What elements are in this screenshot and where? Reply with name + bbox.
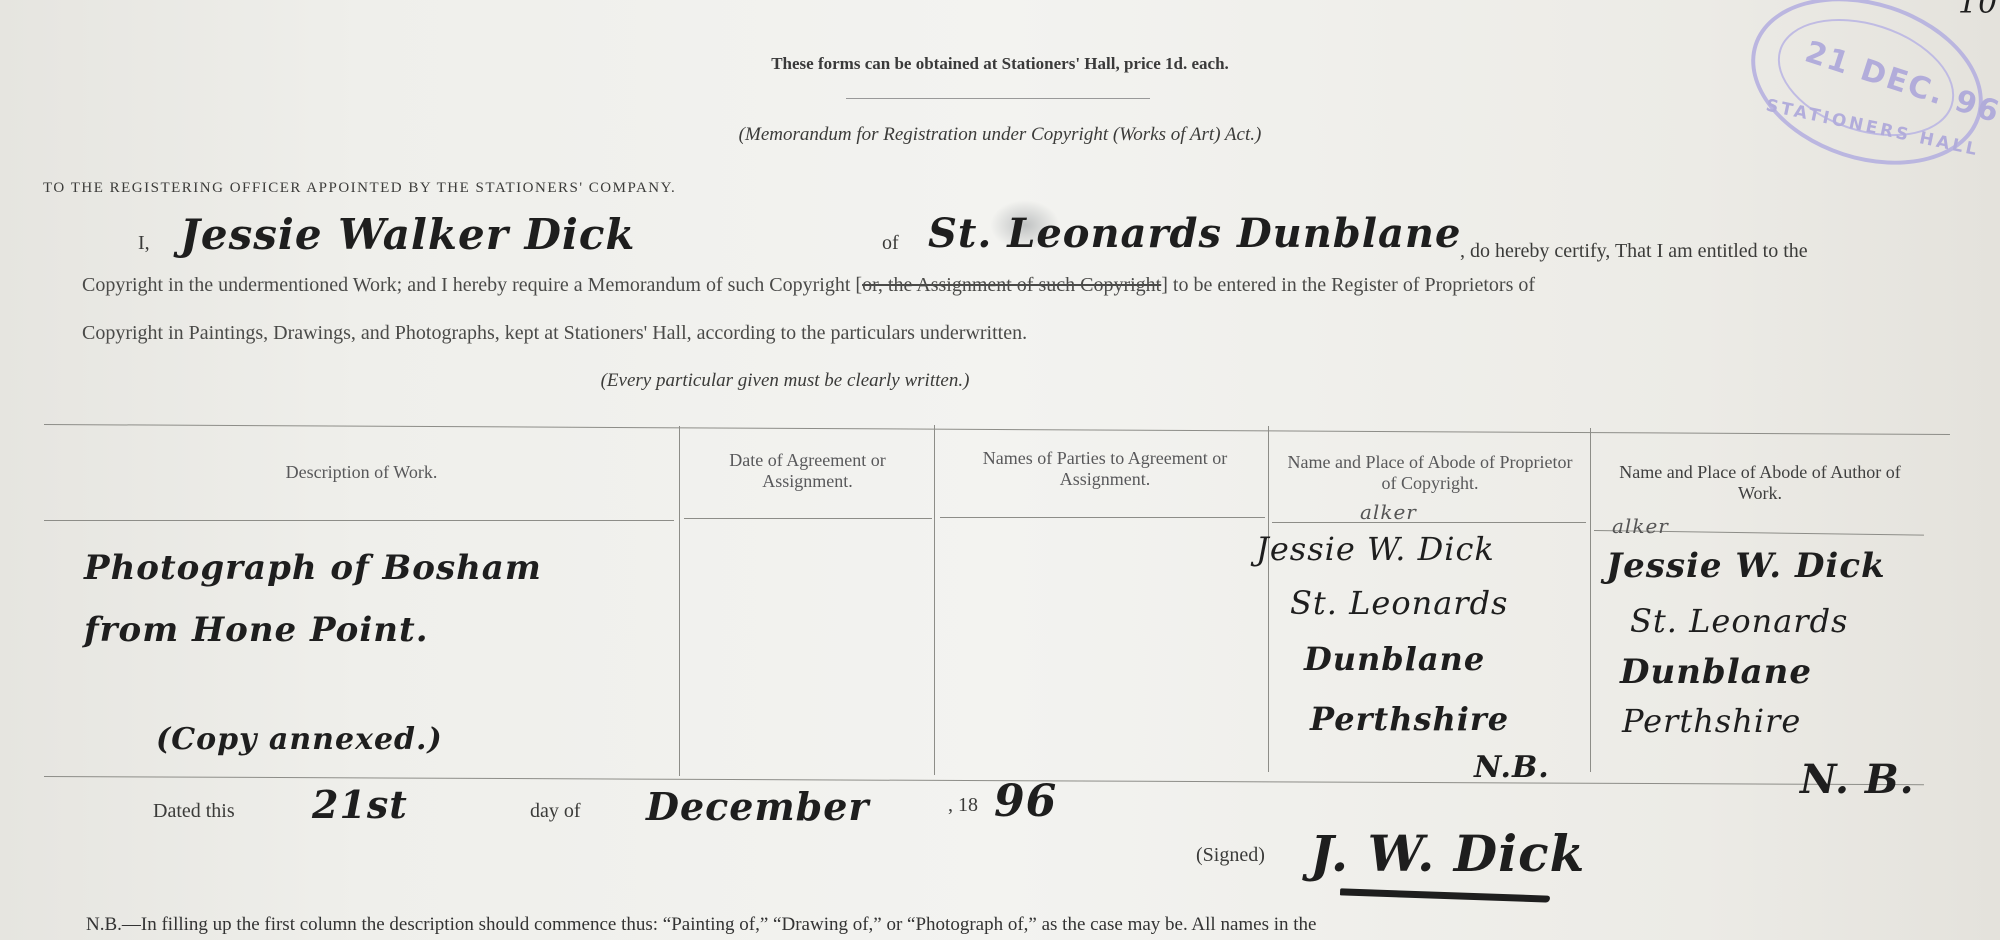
col-header-author: Name and Place of Abode of Author of Wor… [1610, 462, 1910, 504]
day-of-label: day of [530, 800, 581, 823]
line2-struck: or, the Assignment of such Copyright [862, 274, 1161, 296]
dated-month[interactable]: December [646, 784, 869, 829]
header-bottom-rule-1 [44, 520, 674, 521]
signed-label: (Signed) [1196, 844, 1265, 867]
header-bottom-rule-4 [1272, 522, 1586, 523]
year-prefix: , 18 [948, 794, 978, 817]
signature-flourish [1340, 888, 1550, 902]
author-insert: alker [1612, 514, 1669, 538]
author-line2[interactable]: St. Leonards [1630, 602, 1848, 640]
col-header-proprietor: Name and Place of Abode of Proprietor of… [1285, 452, 1575, 494]
stationers-hall-stamp: 21 DEC. 96 STATIONERS HALL [1729, 0, 2000, 193]
col-divider-3 [1268, 426, 1269, 772]
col-header-date: Date of Agreement or Assignment. [700, 450, 915, 492]
year-suffix[interactable]: 96 [994, 776, 1057, 827]
addressee: TO THE REGISTERING OFFICER APPOINTED BY … [43, 180, 676, 197]
proprietor-line3[interactable]: Dunblane [1304, 640, 1485, 678]
col-divider-2 [934, 425, 935, 775]
memorandum-subtitle: (Memorandum for Registration under Copyr… [0, 124, 2000, 146]
dated-label: Dated this [153, 800, 235, 823]
declaration-line2: Copyright in the undermentioned Work; an… [82, 274, 1535, 297]
description-line2[interactable]: from Hone Point. [84, 610, 429, 650]
signature[interactable]: J. W. Dick [1310, 824, 1585, 883]
dated-day[interactable]: 21st [312, 782, 408, 827]
author-name[interactable]: Jessie W. Dick [1606, 546, 1886, 586]
author-line3[interactable]: Dunblane [1620, 652, 1812, 692]
description-line3[interactable]: (Copy annexed.) [156, 722, 443, 757]
proprietor-line5[interactable]: N.B. [1474, 750, 1550, 785]
declaration-prefix: I, [138, 232, 150, 255]
header-bottom-rule-3 [940, 517, 1265, 518]
parties-cell[interactable] [937, 522, 1267, 774]
footer-note: N.B.—In filling up the first column the … [86, 914, 1317, 936]
header-bottom-rule-2 [684, 518, 932, 519]
proprietor-insert: alker [1360, 500, 1417, 524]
col-header-parties: Names of Parties to Agreement or Assignm… [955, 448, 1255, 490]
col-divider-4 [1590, 428, 1591, 772]
declarant-place[interactable]: St. Leonards Dunblane [928, 210, 1461, 257]
clarity-note: (Every particular given must be clearly … [0, 370, 1570, 392]
declarant-name[interactable]: Jessie Walker Dick [180, 210, 636, 259]
of-label: of [882, 232, 899, 255]
author-line5[interactable]: N. B. [1800, 756, 1915, 803]
header-notice: These forms can be obtained at Stationer… [0, 54, 2000, 74]
date-of-agreement-cell[interactable] [682, 524, 932, 774]
description-line1[interactable]: Photograph of Bosham [84, 548, 542, 588]
proprietor-line2[interactable]: St. Leonards [1290, 584, 1508, 622]
col-divider-1 [679, 426, 680, 776]
proprietor-name[interactable]: Jessie W. Dick [1256, 530, 1495, 568]
proprietor-line4[interactable]: Perthshire [1310, 700, 1509, 738]
page-number: 10 [1958, 0, 1998, 21]
declaration-line3: Copyright in Paintings, Drawings, and Ph… [82, 322, 1027, 345]
header-rule [846, 98, 1150, 99]
col-header-description: Description of Work. [44, 462, 679, 483]
author-line4[interactable]: Perthshire [1622, 702, 1801, 740]
line2-end: ] to be entered in the Register of Propr… [1161, 274, 1535, 296]
table-top-rule [44, 424, 1950, 435]
line2-start: Copyright in the undermentioned Work; an… [82, 274, 862, 296]
declaration-line1-suffix: , do hereby certify, That I am entitled … [1460, 240, 1808, 263]
